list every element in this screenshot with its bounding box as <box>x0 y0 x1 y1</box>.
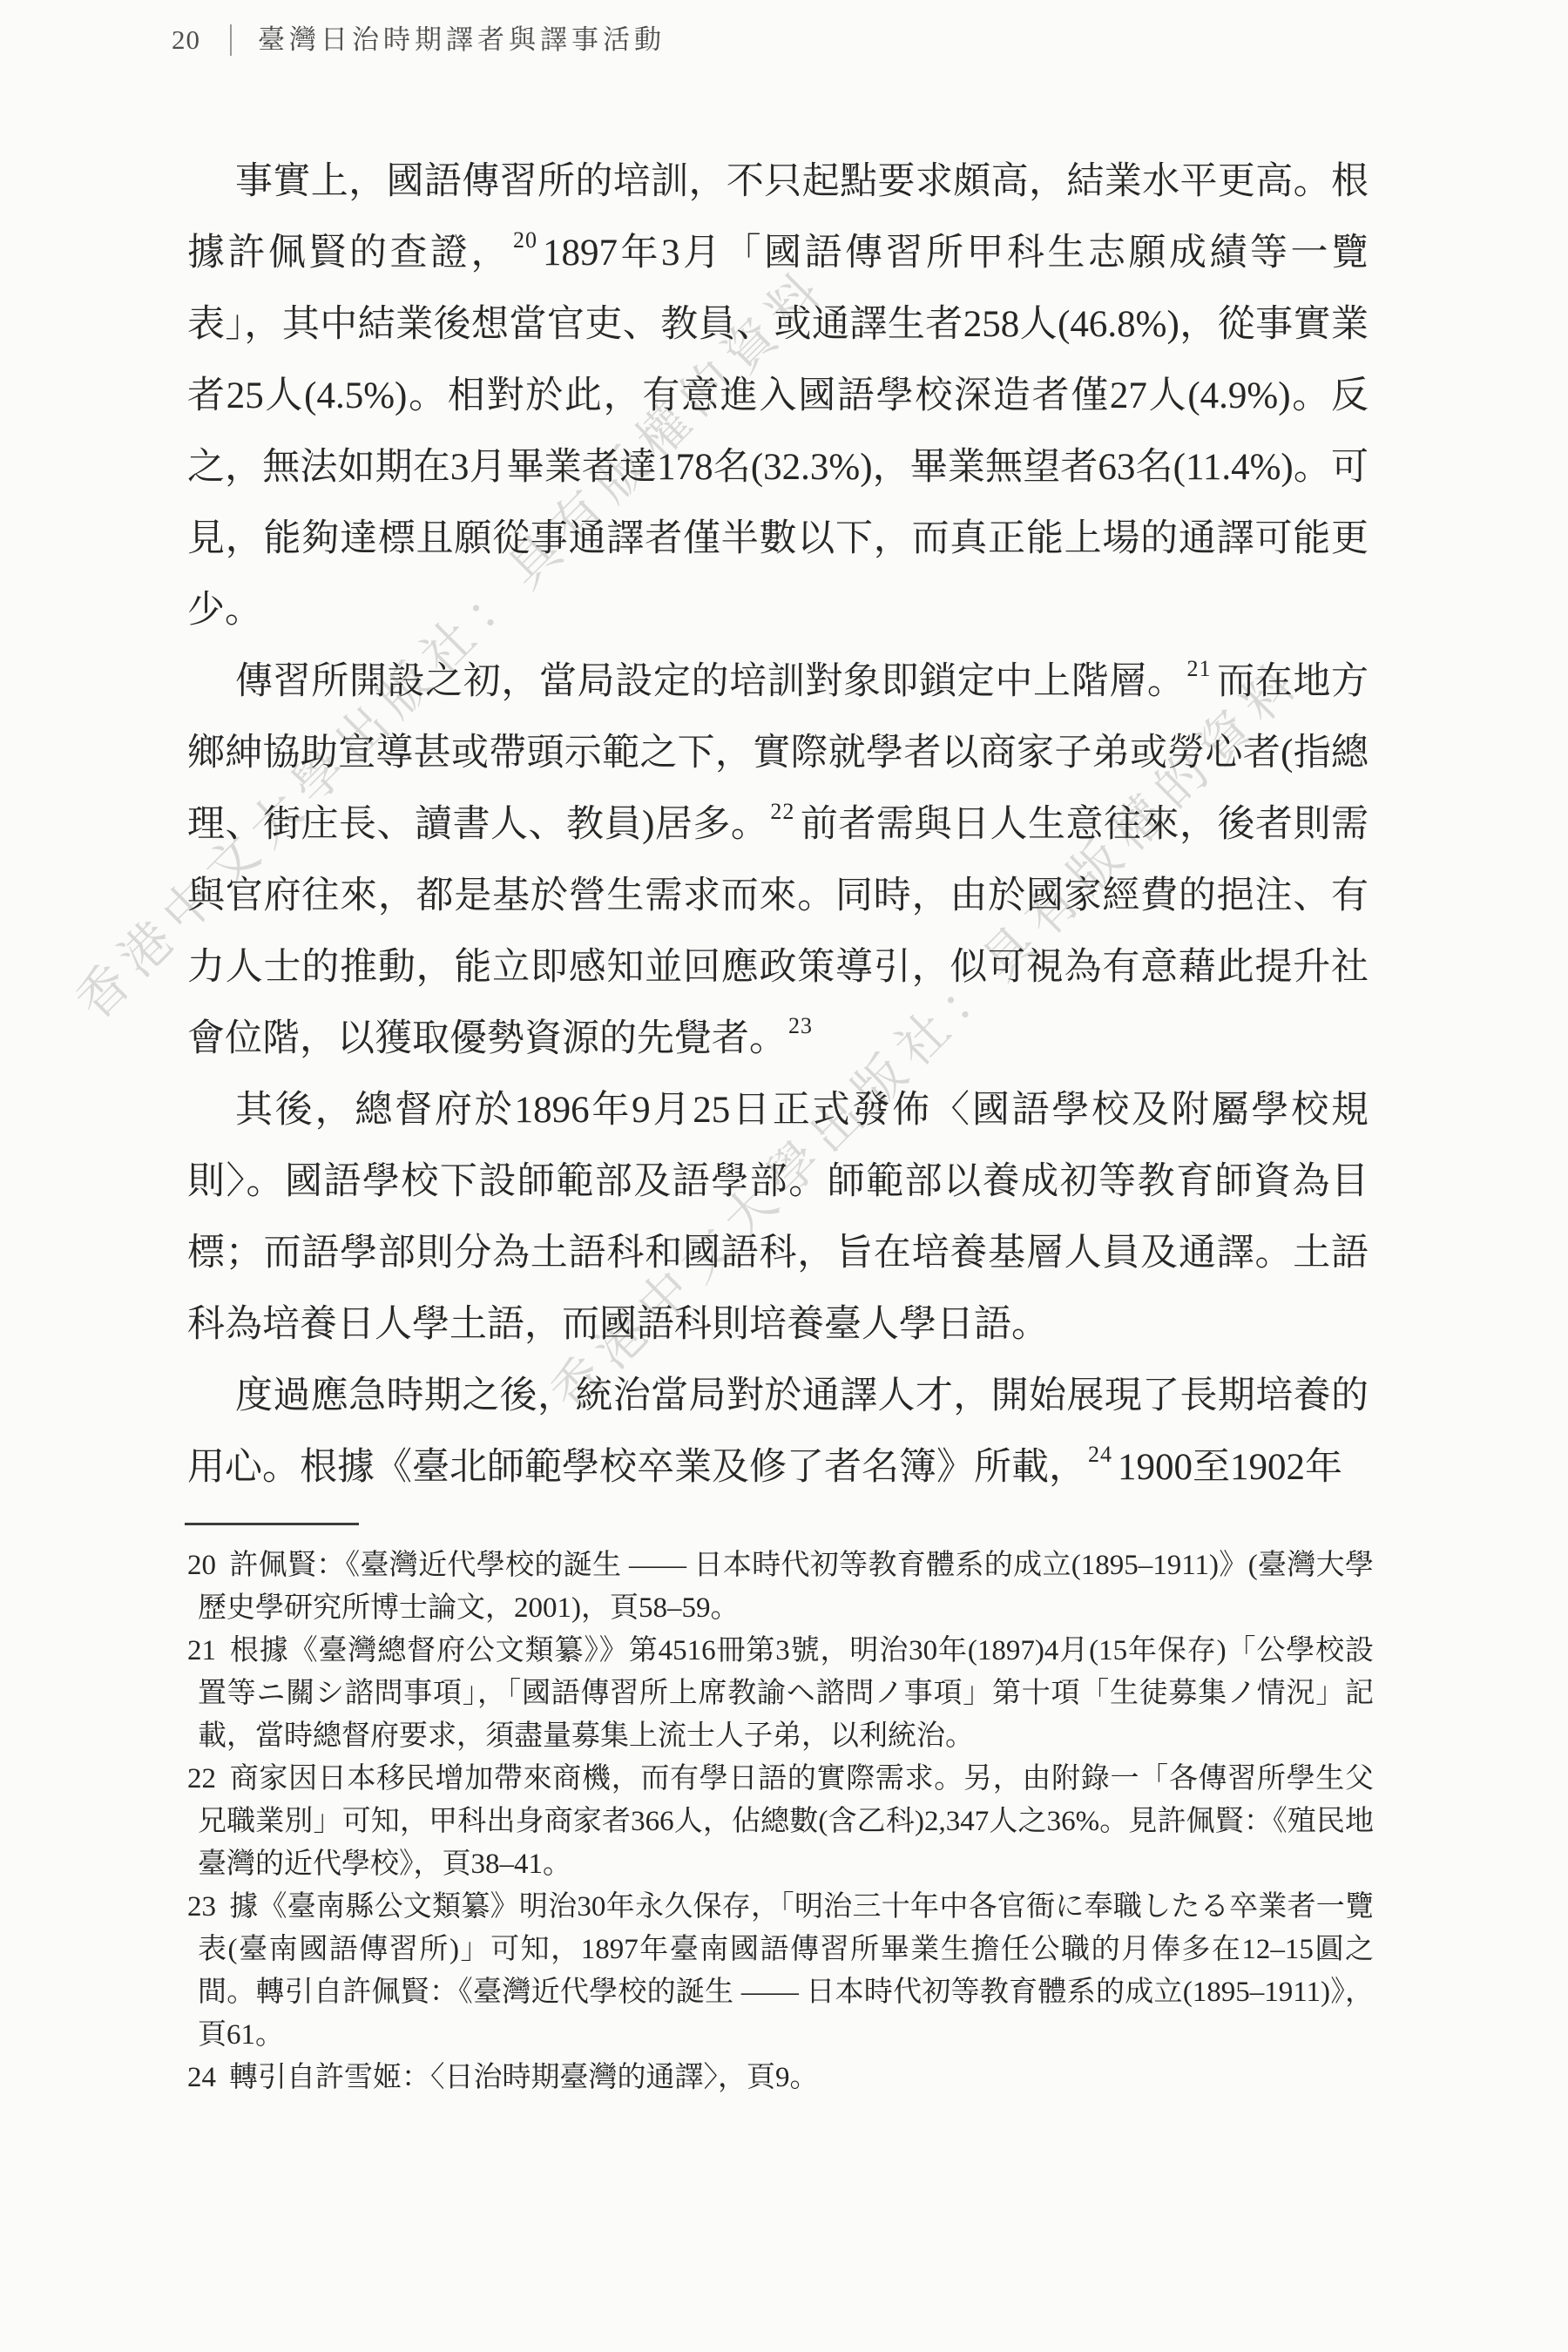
footnote-item: 21根據《臺灣總督府公文類纂》》第4516冊第3號，明治30年(1897)4月(… <box>187 1630 1374 1758</box>
footnote-text: 據《臺南縣公文類纂》明治30年永久保存，「明治三十年中各官衙に奉職したる卒業者一… <box>198 1891 1374 2051</box>
footnote-ref: 23 <box>787 1013 818 1038</box>
footnote-text: 許佩賢：《臺灣近代學校的誕生 —— 日本時代初等教育體系的成立(1895–191… <box>198 1550 1374 1624</box>
footnote-item: 23據《臺南縣公文類纂》明治30年永久保存，「明治三十年中各官衙に奉職したる卒業… <box>187 1886 1374 2057</box>
footnote-ref: 20 <box>511 227 543 253</box>
header-divider <box>230 24 232 56</box>
footnote-item: 24轉引自許雪姬：〈日治時期臺灣的通譯〉，頁9。 <box>187 2057 1374 2099</box>
footnote-ref: 22 <box>768 799 800 824</box>
body-paragraph: 其後，總督府於1896年9月25日正式發佈〈國語學校及附屬學校規則〉。國語學校下… <box>187 1075 1369 1361</box>
book-page: 20 臺灣日治時期譯者與譯事活動 香港中文大學出版社：具有版權的資料 香港中文大… <box>0 0 1568 2352</box>
footnote-number: 22 <box>187 1758 229 1801</box>
footnote-number: 23 <box>187 1886 229 1929</box>
footnote-text: 商家因日本移民增加帶來商機，而有學日語的實際需求。另，由附錄一「各傳習所學生父兄… <box>198 1763 1374 1880</box>
running-head: 20 臺灣日治時期譯者與譯事活動 <box>172 23 666 57</box>
footnote-ref: 21 <box>1186 656 1217 681</box>
footnote-number: 21 <box>187 1630 229 1673</box>
footnote-item: 20許佩賢：《臺灣近代學校的誕生 —— 日本時代初等教育體系的成立(1895–1… <box>187 1544 1374 1630</box>
book-title: 臺灣日治時期譯者與譯事活動 <box>258 23 666 57</box>
footnotes: 20許佩賢：《臺灣近代學校的誕生 —— 日本時代初等教育體系的成立(1895–1… <box>187 1544 1374 2099</box>
footnote-number: 24 <box>187 2057 229 2099</box>
body-paragraph: 度過應急時期之後，統治當局對於通譯人才，開始展現了長期培養的用心。根據《臺北師範… <box>187 1361 1369 1504</box>
footnote-text: 根據《臺灣總督府公文類纂》》第4516冊第3號，明治30年(1897)4月(15… <box>198 1635 1374 1752</box>
page-number: 20 <box>172 23 200 57</box>
body-paragraph: 傳習所開設之初，當局設定的培訓對象即鎖定中上階層。21而在地方鄉紳協助宣導甚或帶… <box>187 646 1369 1075</box>
footnote-text: 轉引自許雪姬：〈日治時期臺灣的通譯〉，頁9。 <box>229 2062 819 2093</box>
footnote-number: 20 <box>187 1544 229 1587</box>
body-paragraph: 事實上，國語傳習所的培訓，不只起點要求頗高，結業水平更高。根據許佩賢的查證，20… <box>187 146 1369 646</box>
footnote-separator <box>185 1523 359 1525</box>
footnote-item: 22商家因日本移民增加帶來商機，而有學日語的實際需求。另，由附錄一「各傳習所學生… <box>187 1758 1374 1886</box>
footnote-ref: 24 <box>1086 1442 1118 1467</box>
body-text: 事實上，國語傳習所的培訓，不只起點要求頗高，結業水平更高。根據許佩賢的查證，20… <box>187 146 1369 1504</box>
